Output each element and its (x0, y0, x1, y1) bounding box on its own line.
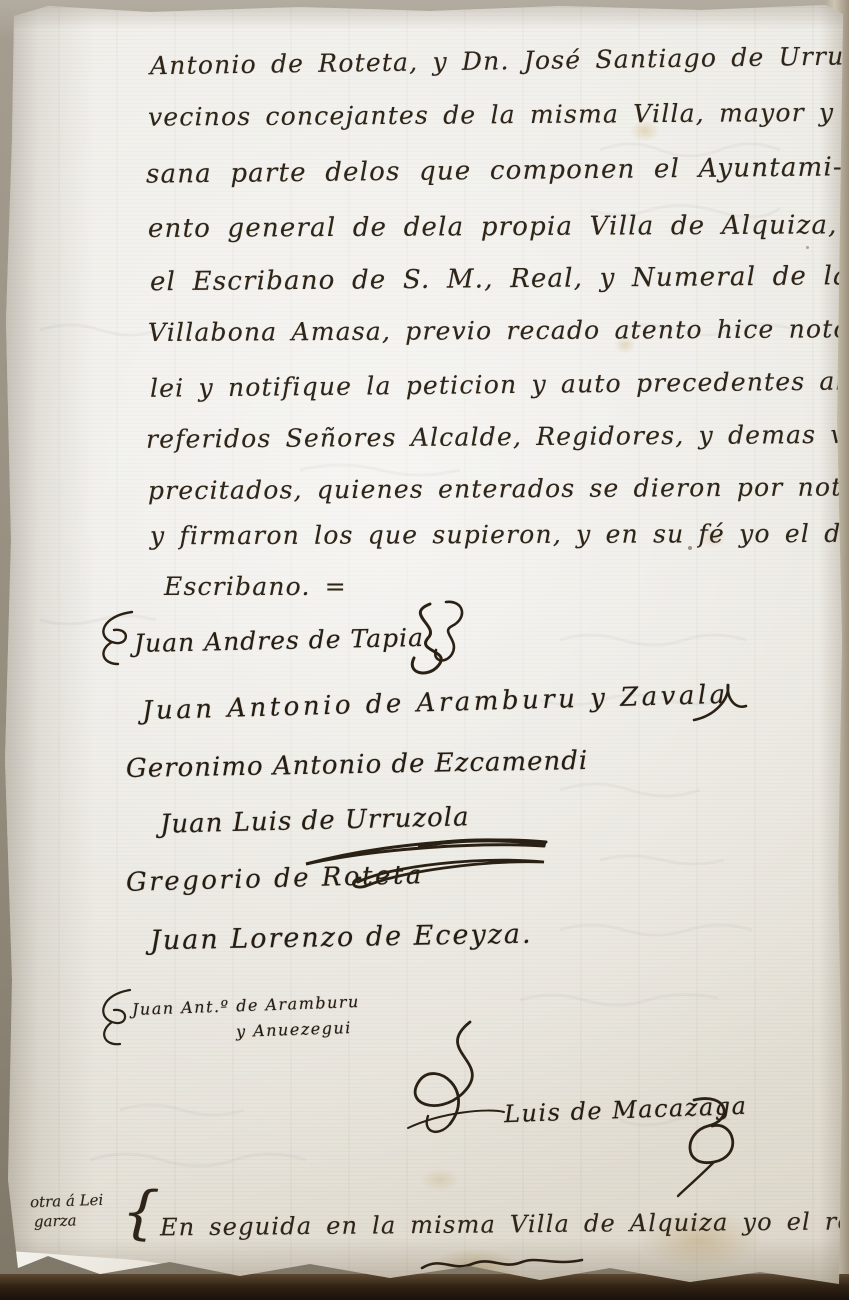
manuscript-line-3: sana parte delos que componen el Ayuntam… (146, 152, 843, 189)
signature-opening-flourish-2 (92, 982, 142, 1056)
manuscript-line-4: ento general de dela propia Villa de Alq… (148, 210, 849, 244)
scanned-manuscript-page: Antonio de Roteta, y Dn. José Santiago d… (0, 0, 849, 1300)
rubric-aramburu-2 (392, 1016, 512, 1150)
signature-juan-antonio-de-aramburu-2-line-1: Juan Ant.º de Aramburu (132, 992, 360, 1019)
manuscript-line-11: Escribano. = (164, 572, 347, 601)
manuscript-line-9: precitados, quienes enterados se dieron … (148, 472, 849, 505)
manuscript-line-6: Villabona Amasa, previo recado atento hi… (148, 314, 849, 347)
manuscript-line-10: y firmaron los que supieron, y en su fé … (150, 519, 849, 551)
signature-geronimo-antonio-de-ezcamendi: Geronimo Antonio de Ezcamendi (126, 746, 589, 784)
top-edge-shading (0, 0, 849, 30)
signature-luis-de-macazaga: Luis de Macazaga (504, 1092, 748, 1128)
signature-juan-andres-de-tapia: Juan Andres de Tapia (134, 623, 425, 658)
manuscript-line-2: vecinos concejantes de la misma Villa, m… (148, 97, 849, 131)
left-edge-shading (0, 0, 95, 1292)
margin-brace: { (120, 1177, 160, 1247)
manuscript-line-5: el Escribano de S. M., Real, y Numeral d… (150, 261, 849, 298)
manuscript-paper: Antonio de Roteta, y Dn. José Santiago d… (0, 0, 849, 1292)
manuscript-line-8: referidos Señores Alcalde, Regidores, y … (146, 419, 849, 453)
manuscript-line-7: lei y notifique la peticion y auto prece… (150, 366, 849, 403)
signature-juan-luis-de-urruzola: Juan Luis de Urruzola (160, 802, 470, 840)
signature-juan-antonio-de-aramburu-y-zavala: Juan Antonio de Aramburu y Zavala (142, 680, 729, 726)
signature-juan-lorenzo-de-eceyza: Juan Lorenzo de Eceyza. (150, 919, 533, 957)
ink-speck (806, 246, 809, 249)
manuscript-line-1: Antonio de Roteta, y Dn. José Santiago d… (150, 41, 849, 80)
margin-note-line-1: otra á Lei (30, 1191, 104, 1212)
margin-note-line-2: garza (34, 1211, 77, 1230)
manuscript-footer-line: En seguida en la misma Villa de Alquiza … (160, 1207, 849, 1242)
fox-stain (420, 1168, 460, 1192)
signature-gregorio-de-roteta: Gregorio de Roteta (126, 860, 425, 898)
signature-juan-antonio-de-aramburu-2-line-2: y Anuezegui (236, 1018, 352, 1041)
book-gutter-shadow (0, 1274, 849, 1300)
